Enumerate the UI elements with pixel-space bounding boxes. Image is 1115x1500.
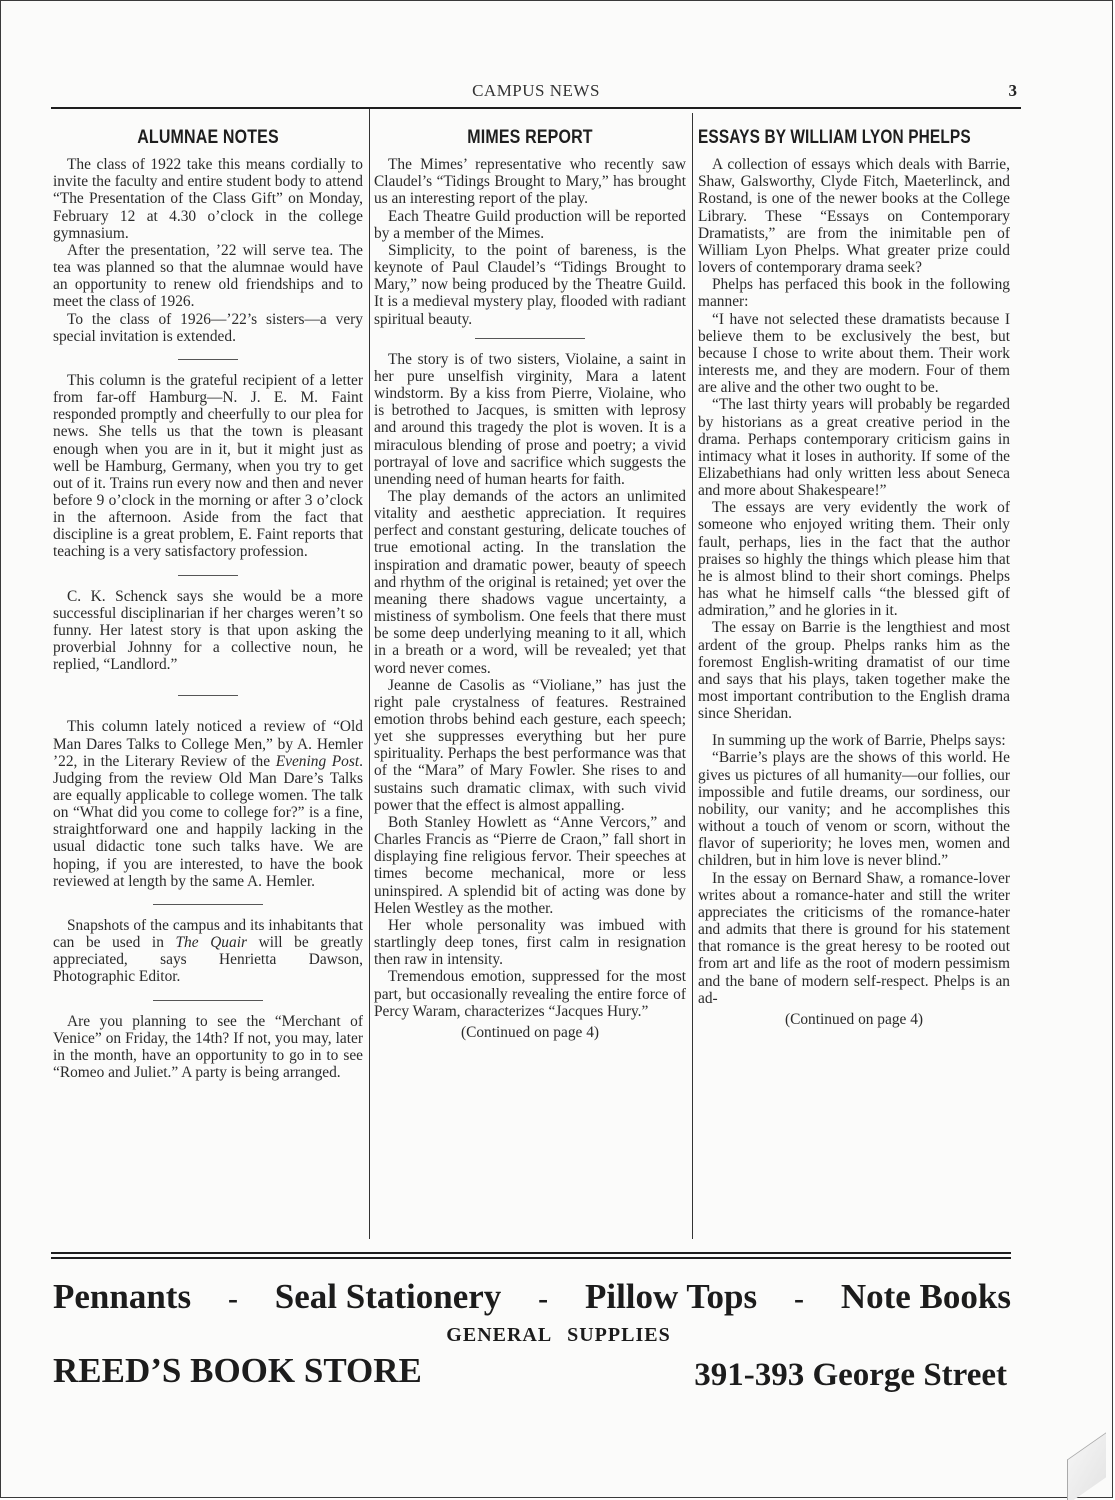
ad-separator: - xyxy=(794,1282,804,1316)
article-paragraph: The essays are very evidently the work o… xyxy=(698,499,1010,619)
phelps-essays-column: ESSAYS BY WILLIAM LYON PHELPS A collecti… xyxy=(698,109,1010,1028)
article-paragraph: After the presentation, ’22 will serve t… xyxy=(53,242,363,311)
article-paragraph: A collection of essays which deals with … xyxy=(698,156,1010,276)
ad-store-name: REED’S BOOK STORE xyxy=(53,1351,422,1391)
article-paragraph: Jeanne de Casolis as “Violiane,” has jus… xyxy=(374,677,686,814)
ad-item-pennants: Pennants xyxy=(53,1277,191,1317)
masthead: CAMPUS NEWS 3 xyxy=(51,81,1021,105)
newspaper-page: CAMPUS NEWS 3 ALUMNAE NOTES The class of… xyxy=(0,0,1113,1498)
ad-separator: - xyxy=(228,1282,238,1316)
alumnae-notes-column: ALUMNAE NOTES The class of 1922 take thi… xyxy=(53,109,363,1081)
section-separator xyxy=(153,904,263,905)
ad-item-pillow-tops: Pillow Tops xyxy=(585,1277,757,1317)
article-paragraph: Are you planning to see the “Merchant of… xyxy=(53,1013,363,1082)
publication-name: Evening Post xyxy=(276,753,359,770)
ad-separator: - xyxy=(538,1282,548,1316)
mimes-report-column: MIMES REPORT The Mimes’ representative w… xyxy=(374,109,686,1041)
article-paragraph: In the essay on Bernard Shaw, a romance-… xyxy=(698,870,1010,1007)
article-paragraph: This column lately noticed a review of “… xyxy=(53,718,363,890)
article-paragraph: The class of 1922 take this means cordia… xyxy=(53,156,363,242)
continued-link[interactable]: (Continued on page 4) xyxy=(698,1011,1010,1028)
advertisement-rule xyxy=(51,1257,1011,1259)
article-paragraph: Each Theatre Guild production will be re… xyxy=(374,208,686,242)
article-paragraph: The essay on Barrie is the lengthiest an… xyxy=(698,619,1010,722)
article-paragraph: Phelps has perfaced this book in the fol… xyxy=(698,276,1010,310)
ad-address: 391-393 George Street xyxy=(694,1357,1007,1394)
section-separator xyxy=(178,575,238,576)
article-paragraph: C. K. Schenck says she would be a more s… xyxy=(53,588,363,674)
ad-item-seal-stationery: Seal Stationery xyxy=(275,1277,502,1317)
advertisement-rule xyxy=(51,1252,1011,1254)
article-paragraph: Snapshots of the campus and its inhabita… xyxy=(53,917,363,986)
section-separator xyxy=(153,1000,263,1001)
alumnae-notes-heading: ALUMNAE NOTES xyxy=(81,129,335,146)
article-paragraph: In summing up the work of Barrie, Phelps… xyxy=(698,732,1010,749)
publication-name: The Quair xyxy=(176,934,247,951)
article-paragraph: Tremendous emotion, suppressed for the m… xyxy=(374,968,686,1019)
article-paragraph: “The last thirty years will probably be … xyxy=(698,396,1010,499)
ad-item-note-books: Note Books xyxy=(841,1277,1011,1317)
article-paragraph: Her whole personality was imbued with st… xyxy=(374,917,686,968)
page-number: 3 xyxy=(1009,81,1018,101)
article-paragraph: The Mimes’ representative who recently s… xyxy=(374,156,686,207)
section-separator xyxy=(475,338,585,339)
article-paragraph: Both Stanley Howlett as “Anne Vercors,” … xyxy=(374,814,686,917)
continued-link[interactable]: (Continued on page 4) xyxy=(374,1024,686,1041)
section-separator xyxy=(178,695,238,696)
article-paragraph: To the class of 1926—’22’s sisters—a ver… xyxy=(53,311,363,345)
page-corner-fold xyxy=(1067,1432,1106,1500)
article-paragraph: “I have not selected these dramatists be… xyxy=(698,311,1010,397)
phelps-essays-heading: ESSAYS BY WILLIAM LYON PHELPS xyxy=(698,129,944,146)
advertisement-products: Pennants - Seal Stationery - Pillow Tops… xyxy=(53,1277,1011,1317)
article-paragraph: “Barrie’s plays are the shows of this wo… xyxy=(698,749,1010,869)
column-divider xyxy=(692,113,693,1239)
ad-subtitle: GENERAL SUPPLIES xyxy=(1,1324,1115,1347)
mimes-report-heading: MIMES REPORT xyxy=(402,129,658,146)
publication-title: CAMPUS NEWS xyxy=(51,81,1021,101)
column-divider xyxy=(369,109,370,1239)
article-paragraph: Simplicity, to the point of bareness, is… xyxy=(374,242,686,328)
section-separator xyxy=(178,359,238,360)
article-paragraph: The play demands of the actors an unlimi… xyxy=(374,488,686,677)
article-paragraph: The story is of two sisters, Violaine, a… xyxy=(374,351,686,488)
paragraph-gap xyxy=(698,722,1010,732)
article-paragraph: This column is the grateful recipient of… xyxy=(53,372,363,561)
